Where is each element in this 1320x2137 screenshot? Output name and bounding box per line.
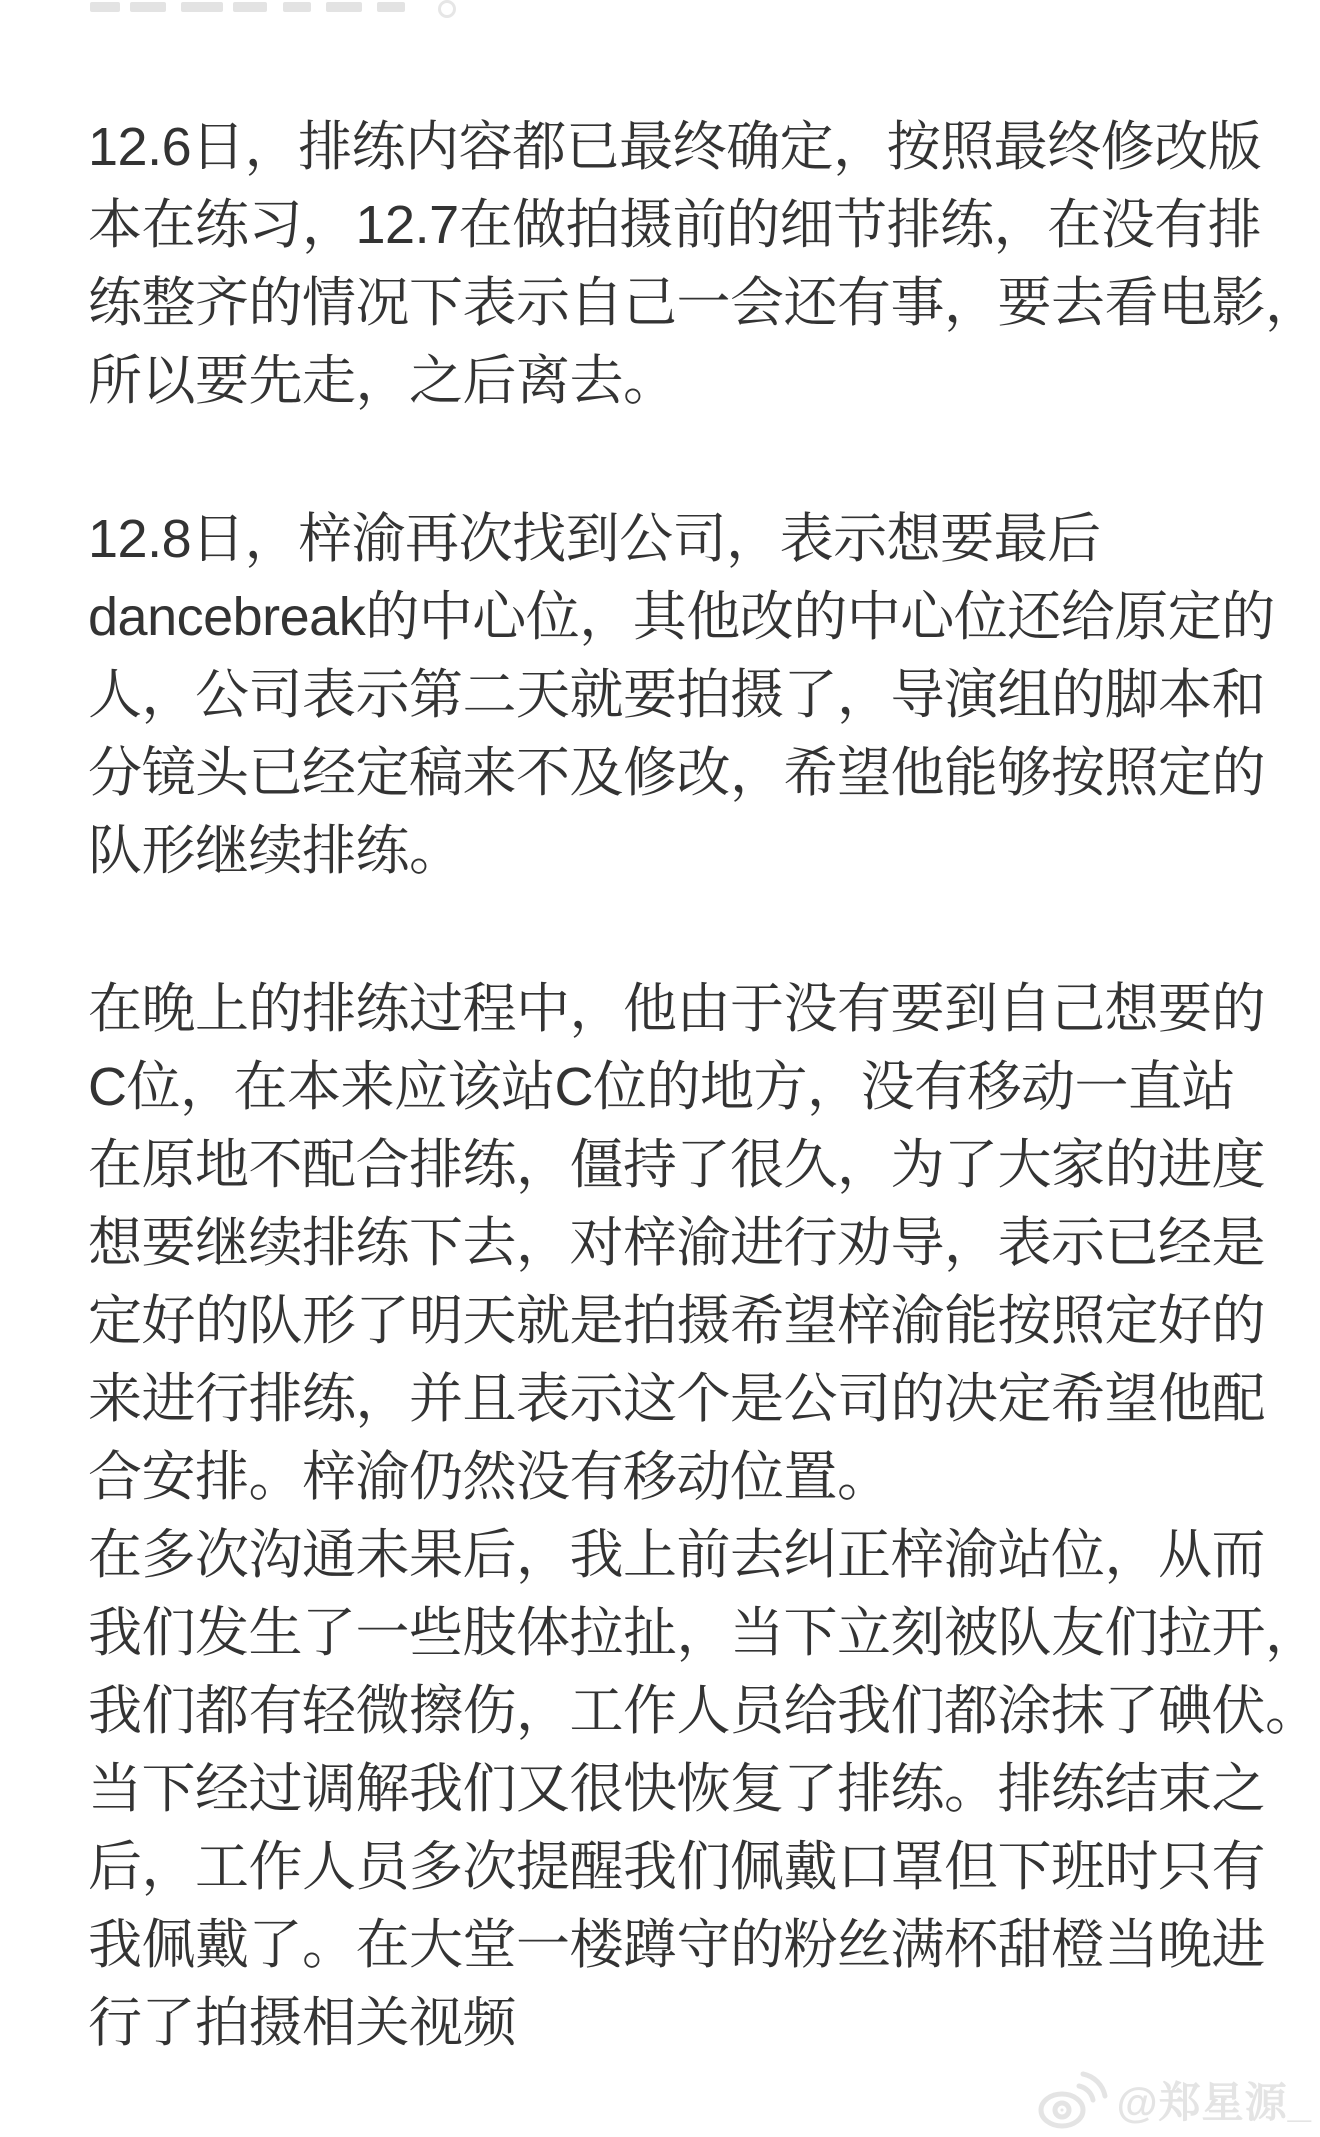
text-line: 人，公司表示第二天就要拍摄了，导演组的脚本和 bbox=[88, 656, 1260, 734]
statement-paragraph-2: 12.8日，梓渝再次找到公司，表示想要最后dancebreak的中心位，其他改的… bbox=[88, 500, 1260, 890]
text-line: 在晚上的排练过程中，他由于没有要到自己想要的 bbox=[88, 970, 1260, 1048]
text-line: 来进行排练，并且表示这个是公司的决定希望他配 bbox=[88, 1360, 1260, 1438]
watermark: @郑星源_ bbox=[1035, 2069, 1312, 2131]
text-line: 我们发生了一些肢体拉扯，当下立刻被队友们拉开， bbox=[88, 1594, 1260, 1672]
statement-paragraph-4: 在多次沟通未果后，我上前去纠正梓渝站位，从而我们发生了一些肢体拉扯，当下立刻被队… bbox=[88, 1516, 1260, 2062]
text-line: C位，在本来应该站C位的地方，没有移动一直站 bbox=[88, 1048, 1260, 1126]
text-line: 行了拍摄相关视频 bbox=[88, 1984, 1260, 2062]
screenshot-page: 12.6日，排练内容都已最终确定，按照最终修改版本在练习，12.7在做拍摄前的细… bbox=[0, 0, 1320, 2137]
text-line: 在原地不配合排练，僵持了很久，为了大家的进度 bbox=[88, 1126, 1260, 1204]
statement-paragraph-1: 12.6日，排练内容都已最终确定，按照最终修改版本在练习，12.7在做拍摄前的细… bbox=[88, 108, 1260, 420]
text-line: 后，工作人员多次提醒我们佩戴口罩但下班时只有 bbox=[88, 1828, 1260, 1906]
text-line: 本在练习，12.7在做拍摄前的细节排练，在没有排 bbox=[88, 186, 1260, 264]
text-line: 当下经过调解我们又很快恢复了排练。排练结束之 bbox=[88, 1750, 1260, 1828]
text-line: 我们都有轻微擦伤，工作人员给我们都涂抹了碘伏。 bbox=[88, 1672, 1260, 1750]
text-line: 12.6日，排练内容都已最终确定，按照最终修改版 bbox=[88, 108, 1260, 186]
text-line: 想要继续排练下去，对梓渝进行劝导，表示已经是 bbox=[88, 1204, 1260, 1282]
text-line: 12.8日，梓渝再次找到公司，表示想要最后 bbox=[88, 500, 1260, 578]
text-line: 在多次沟通未果后，我上前去纠正梓渝站位，从而 bbox=[88, 1516, 1260, 1594]
text-line: 队形继续排练。 bbox=[88, 812, 1260, 890]
statement-paragraph-3: 在晚上的排练过程中，他由于没有要到自己想要的C位，在本来应该站C位的地方，没有移… bbox=[88, 970, 1260, 1516]
statement-text: 12.6日，排练内容都已最终确定，按照最终修改版本在练习，12.7在做拍摄前的细… bbox=[88, 108, 1260, 2062]
weibo-logo-icon bbox=[1035, 2069, 1109, 2131]
text-line: 定好的队形了明天就是拍摄希望梓渝能按照定好的 bbox=[88, 1282, 1260, 1360]
text-line: dancebreak的中心位，其他改的中心位还给原定的 bbox=[88, 578, 1260, 656]
text-line: 练整齐的情况下表示自己一会还有事，要去看电影， bbox=[88, 264, 1260, 342]
clipped-text-remnant bbox=[0, 0, 1320, 16]
text-line: 所以要先走，之后离去。 bbox=[88, 342, 1260, 420]
text-line: 合安排。梓渝仍然没有移动位置。 bbox=[88, 1438, 1260, 1516]
watermark-handle: @郑星源_ bbox=[1117, 2070, 1312, 2130]
text-line: 我佩戴了。在大堂一楼蹲守的粉丝满杯甜橙当晚进 bbox=[88, 1906, 1260, 1984]
text-line: 分镜头已经定稿来不及修改，希望他能够按照定的 bbox=[88, 734, 1260, 812]
